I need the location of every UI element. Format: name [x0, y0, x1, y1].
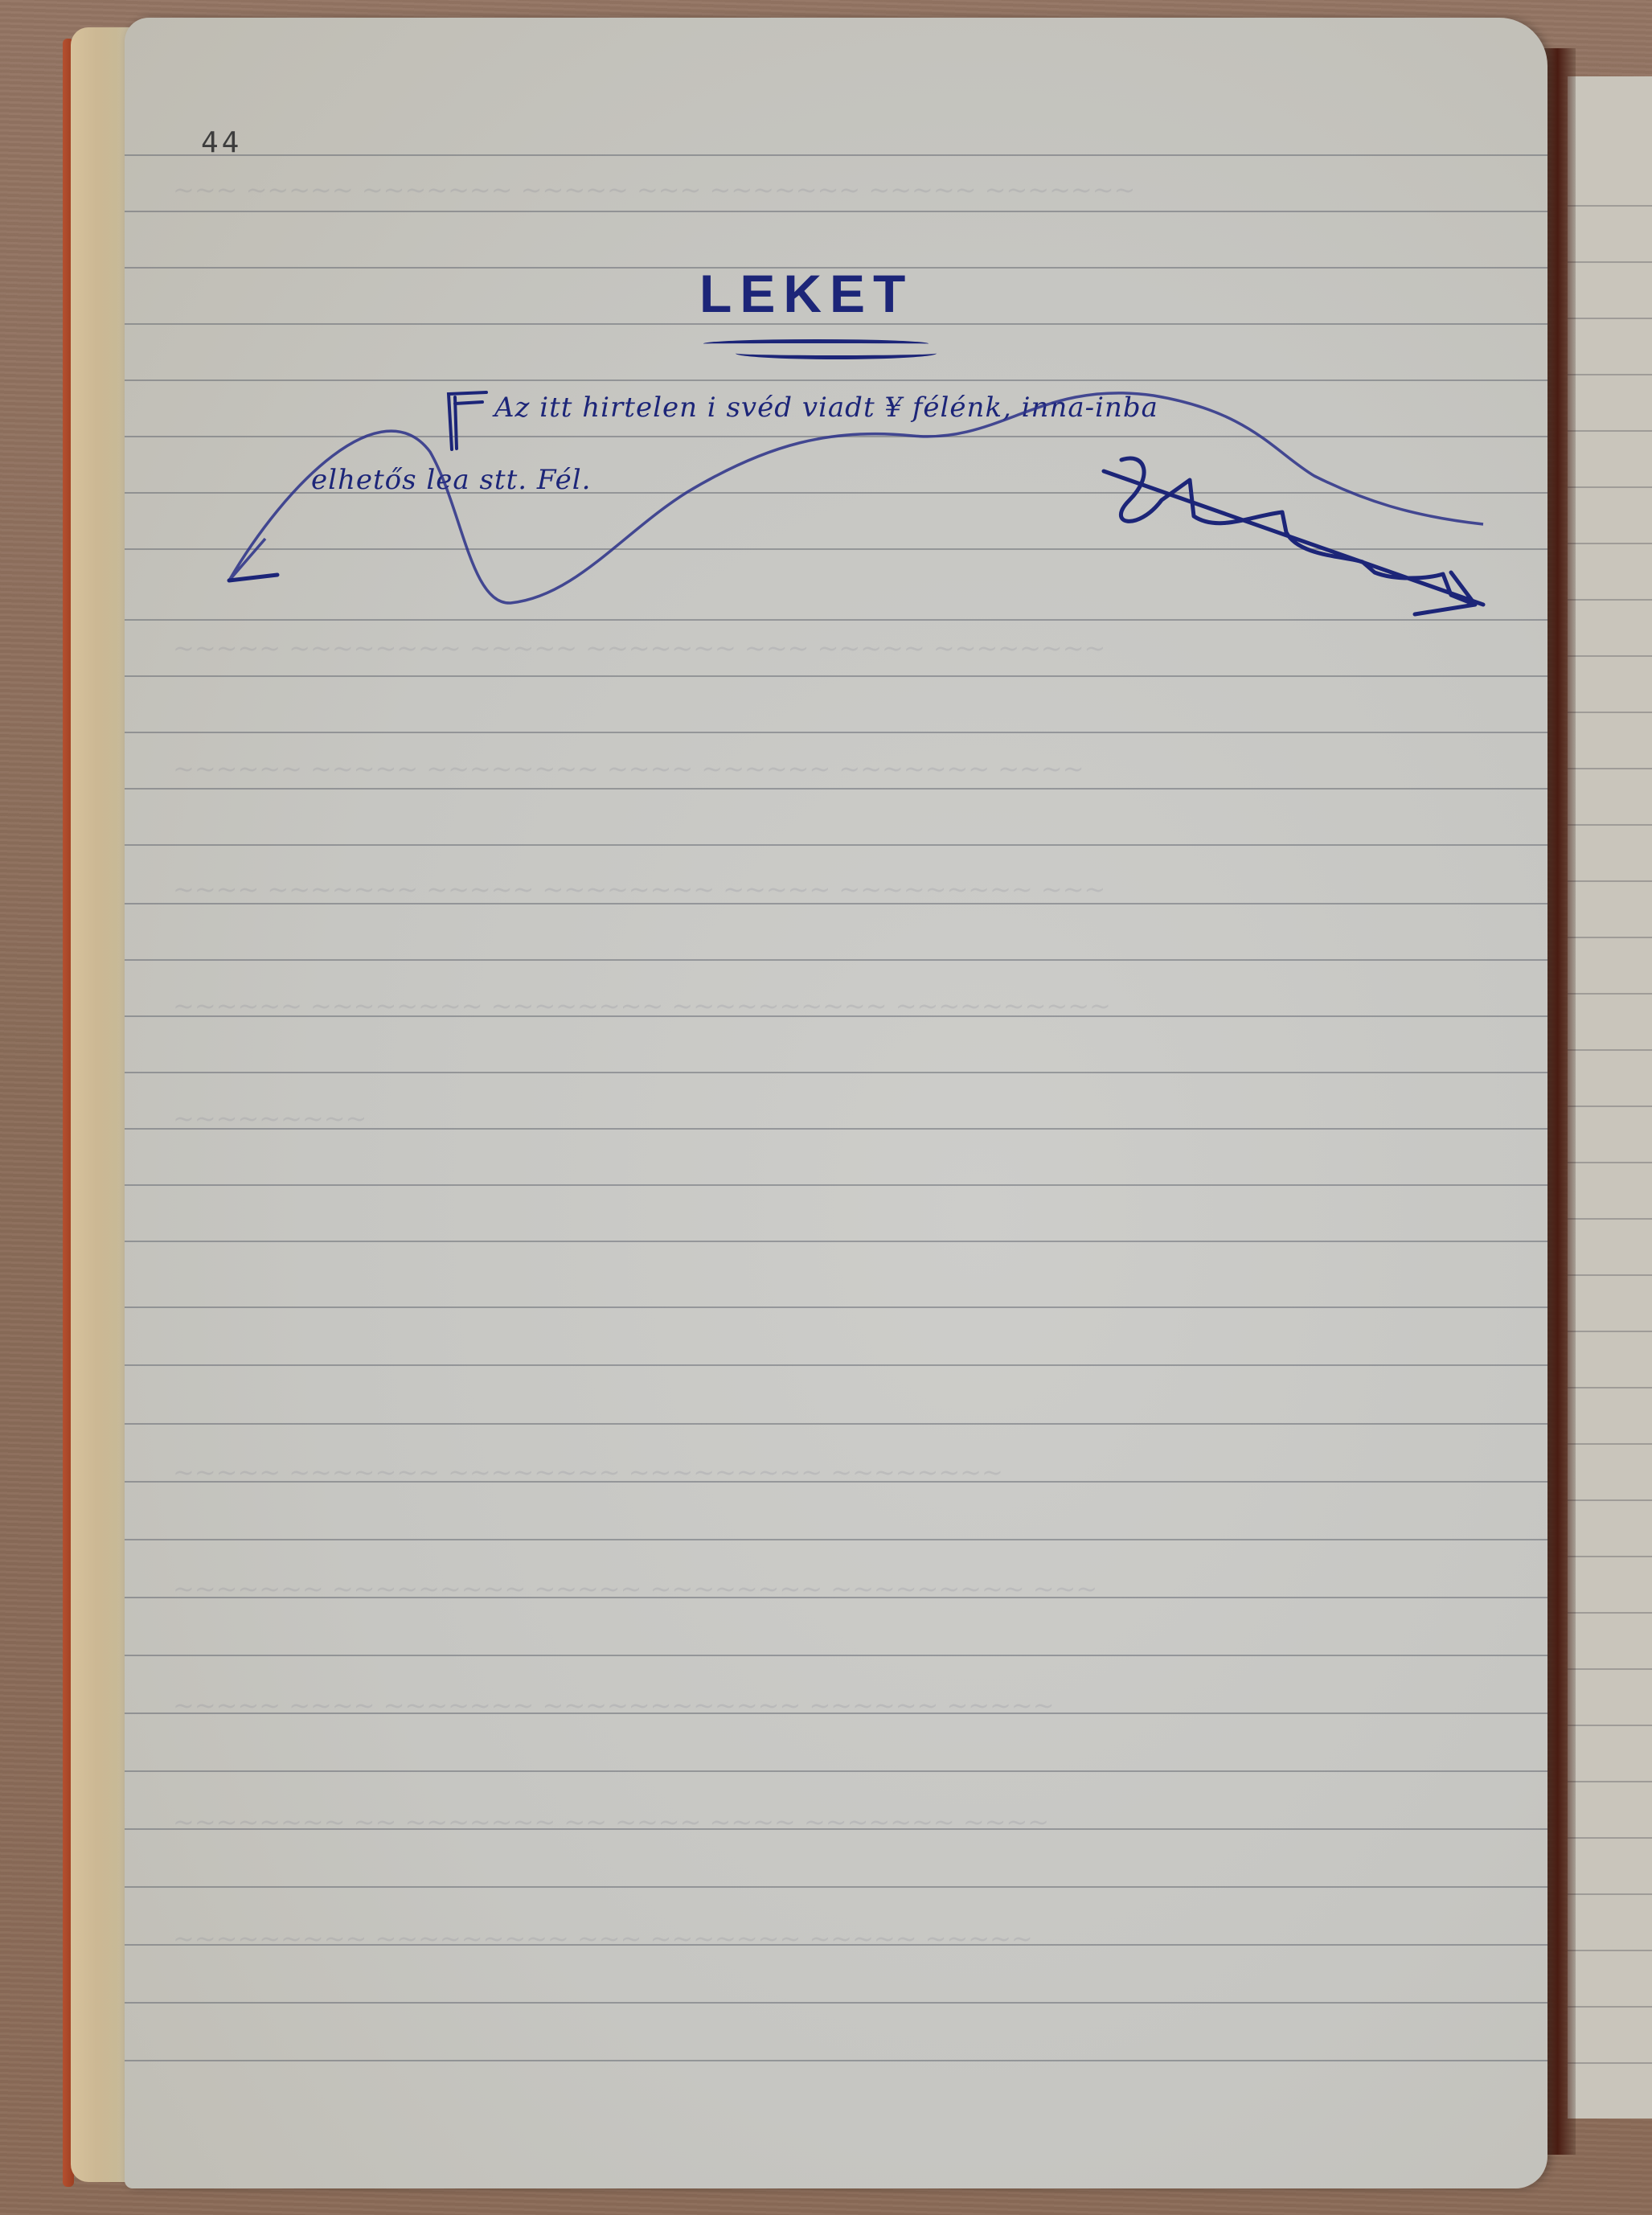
ruled-line: [125, 2002, 1547, 2004]
ruled-line: [125, 1306, 1547, 1308]
bleed-through-text: ~~~~~ ~~~~ ~~~~~~~ ~~~~~~~~~~~~ ~~~~~~ ~…: [173, 1690, 1055, 1721]
ruled-line: [125, 732, 1547, 733]
bleed-through-text: ~~~~~~~ ~~~~~~~~~ ~~~~~ ~~~~~~~~ ~~~~~~~…: [173, 1573, 1097, 1604]
notebook-page: ~~~ ~~~~~ ~~~~~~~ ~~~~~ ~~~ ~~~~~~~ ~~~~…: [125, 18, 1547, 2188]
ruled-line: [125, 1364, 1547, 1366]
ruled-line: [125, 959, 1547, 961]
ruled-line: [125, 1539, 1547, 1540]
bleed-through-text: ~~~~~~ ~~~~~~~~ ~~~~~~~~ ~~~~~~~~~~ ~~~~…: [173, 991, 1111, 1021]
ruled-line: [125, 1423, 1547, 1425]
ruled-line: [125, 675, 1547, 677]
facing-page: [1568, 76, 1652, 2119]
bleed-through-text: ~~~~~~~~~ ~~~~~~~~~ ~~~ ~~~~~~~ ~~~~~ ~~…: [173, 1923, 1033, 1954]
bleed-through-text: ~~~~ ~~~~~~~ ~~~~~ ~~~~~~~~ ~~~~~ ~~~~~~…: [173, 874, 1105, 904]
ruled-line: [125, 1184, 1547, 1186]
ruled-line: [125, 1241, 1547, 1242]
ruled-line: [125, 1886, 1547, 1888]
bleed-through-text: ~~~~~ ~~~~~~~ ~~~~~~~~ ~~~~~~~~~ ~~~~~~~…: [173, 1457, 1003, 1487]
bleed-through-text: ~~~~~~ ~~~~~ ~~~~~~~~ ~~~~ ~~~~~~ ~~~~~~…: [173, 753, 1084, 784]
bleed-through-text: ~~~~~~~~~: [173, 1103, 367, 1134]
zigzag-arrow-icon: [125, 18, 1547, 661]
ruled-line: [125, 1770, 1547, 1772]
ruled-line: [125, 1072, 1547, 1073]
bleed-through-text: ~~~~~~~~ ~~ ~~~~~~~ ~~ ~~~~ ~~~~ ~~~~~~~…: [173, 1807, 1049, 1837]
ruled-line: [125, 844, 1547, 846]
ruled-line: [125, 2060, 1547, 2061]
ruled-line: [125, 788, 1547, 790]
ruled-line: [125, 1655, 1547, 1656]
